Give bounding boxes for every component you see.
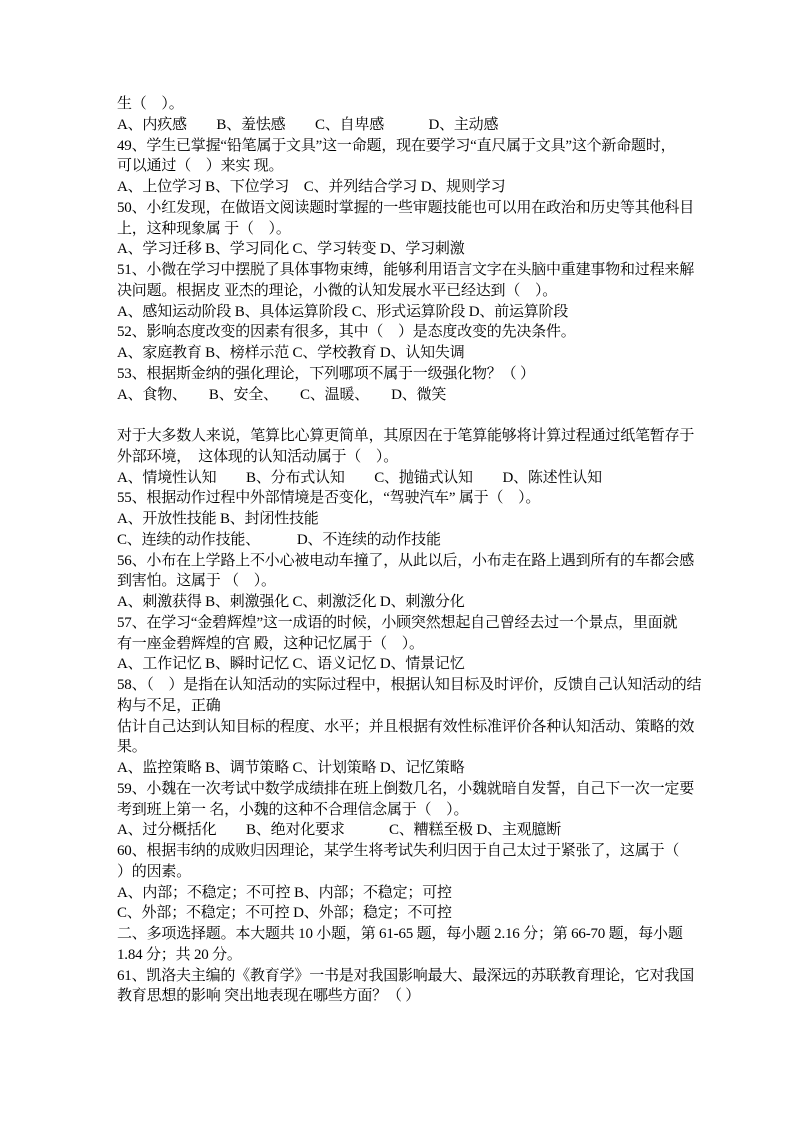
text-line: 考到班上第一 名，小魏的这种不合理信念属于（ ）。 xyxy=(117,800,683,821)
text-line: 61、凯洛夫主编的《教育学》一书是对我国影响最大、最深远的苏联教育理论，它对我国 xyxy=(117,966,683,987)
text-line: 55、根据动作过程中外部情境是否变化，“驾驶汽车” 属于（ ）。 xyxy=(117,488,683,509)
text-line: 生（ ）。 xyxy=(117,94,683,115)
text-line: A、学习迁移 B、学习同化 C、学习转变 D、学习刺激 xyxy=(117,239,683,260)
text-line: 教育思想的影响 突出地表现在哪些方面？（ ） xyxy=(117,986,683,1007)
text-line: A、家庭教育 B、榜样示范 C、学校教育 D、认知失调 xyxy=(117,343,683,364)
text-line: 果。 xyxy=(117,737,683,758)
text-line: 外部环境， 这体现的认知活动属于（ ）。 xyxy=(117,447,683,468)
blank-line xyxy=(117,405,683,426)
text-line: 上，这种现象属 于（ ）。 xyxy=(117,219,683,240)
text-line: 决问题。根据皮 亚杰的理论，小微的认知发展水平已经达到（ ）。 xyxy=(117,281,683,302)
text-line: 51、小微在学习中摆脱了具体事物束缚，能够利用语言文字在头脑中重建事物和过程来解 xyxy=(117,260,683,281)
exam-document-page: 生（ ）。A、内疚感 B、羞怯感 C、自卑感 D、主动感49、学生已掌握“铅笔属… xyxy=(0,0,794,1123)
text-line: A、情境性认知 B、分布式认知 C、抛锚式认知 D、陈述性认知 xyxy=(117,468,683,489)
text-line: 49、学生已掌握“铅笔属于文具”这一命题，现在要学习“直尺属于文具”这个新命题时… xyxy=(117,136,683,157)
text-line: ）的因素。 xyxy=(117,862,683,883)
text-line: 估计自己达到认知目标的程度、水平；并且根据有效性标准评价各种认知活动、策略的效 xyxy=(117,717,683,738)
text-line: 1.84 分；共 20 分。 xyxy=(117,945,683,966)
text-line: A、过分概括化 B、绝对化要求 C、糟糕至极 D、主观臆断 xyxy=(117,820,683,841)
text-line: A、感知运动阶段 B、具体运算阶段 C、形式运算阶段 D、前运算阶段 xyxy=(117,302,683,323)
text-line: 二、多项选择题。本大题共 10 小题，第 61-65 题，每小题 2.16 分；… xyxy=(117,924,683,945)
text-line: 59、小魏在一次考试中数学成绩排在班上倒数几名，小魏就暗自发誓，自己下一次一定要 xyxy=(117,779,683,800)
text-line: A、内部；不稳定；不可控 B、内部；不稳定；可控 xyxy=(117,883,683,904)
text-line: 60、根据韦纳的成败归因理论，某学生将考试失利归因于自己太过于紧张了，这属于（ xyxy=(117,841,683,862)
text-line: 58、（ ）是指在认知活动的实际过程中，根据认知目标及时评价，反馈自己认知活动的… xyxy=(117,675,683,696)
exam-text-block: 生（ ）。A、内疚感 B、羞怯感 C、自卑感 D、主动感49、学生已掌握“铅笔属… xyxy=(117,94,683,1007)
text-line: 可以通过（ ）来实 现。 xyxy=(117,156,683,177)
text-line: 50、小红发现，在做语文阅读题时掌握的一些审题技能也可以用在政治和历史等其他科目 xyxy=(117,198,683,219)
text-line: A、开放性技能 B、封闭性技能 xyxy=(117,509,683,530)
text-line: 57、在学习“金碧辉煌”这一成语的时候，小顾突然想起自己曾经去过一个景点，里面就 xyxy=(117,613,683,634)
text-line: 到害怕。这属于 （ ）。 xyxy=(117,571,683,592)
text-line: A、上位学习 B、下位学习 C、并列结合学习 D、规则学习 xyxy=(117,177,683,198)
text-line: A、内疚感 B、羞怯感 C、自卑感 D、主动感 xyxy=(117,115,683,136)
text-line: 56、小布在上学路上不小心被电动车撞了，从此以后，小布走在路上遇到所有的车都会感 xyxy=(117,551,683,572)
text-line: 对于大多数人来说，笔算比心算更简单，其原因在于笔算能够将计算过程通过纸笔暂存于 xyxy=(117,426,683,447)
text-line: A、工作记忆 B、瞬时记忆 C、语义记忆 D、情景记忆 xyxy=(117,654,683,675)
text-line: 有一座金碧辉煌的宫 殿，这种记忆属于（ ）。 xyxy=(117,634,683,655)
text-line: 53、根据斯金纳的强化理论，下列哪项不属于一级强化物？（ ） xyxy=(117,364,683,385)
text-line: 52、影响态度改变的因素有很多，其中（ ）是态度改变的先决条件。 xyxy=(117,322,683,343)
text-line: A、刺激获得 B、刺激强化 C、刺激泛化 D、刺激分化 xyxy=(117,592,683,613)
text-line: C、外部；不稳定；不可控 D、外部；稳定；不可控 xyxy=(117,903,683,924)
text-line: C、连续的动作技能、 D、不连续的动作技能 xyxy=(117,530,683,551)
text-line: 构与不足，正确 xyxy=(117,696,683,717)
text-line: A、监控策略 B、调节策略 C、计划策略 D、记忆策略 xyxy=(117,758,683,779)
text-line: A、食物、 B、安全、 C、温暖、 D、微笑 xyxy=(117,385,683,406)
